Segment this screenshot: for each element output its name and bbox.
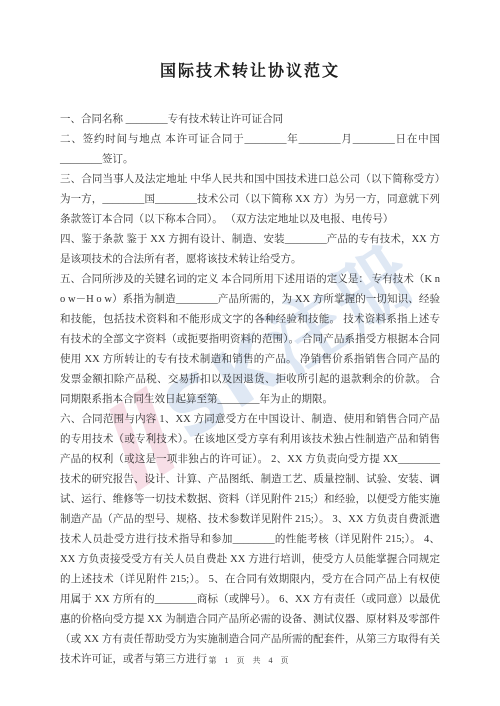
- paragraph-parties-legal-address: 三、合同当事人及法定地址 中华人民共和国中国技术进口总公司（以下简称受方）为一方…: [60, 170, 440, 230]
- page-title: 国际技术转让协议范文: [0, 58, 500, 81]
- paragraph-whereas-clause: 四、鉴于条款 鉴于 XX 方拥有设计、制造、安装________产品的专有技术，…: [60, 230, 440, 270]
- document-page: SK注册 国际技术转让协议范文 一、合同名称 ________专有技术转让许可证…: [0, 0, 500, 706]
- document-body: 一、合同名称 ________专有技术转让许可证合同 二、签约时间与地点 本许可…: [60, 110, 440, 670]
- paragraph-scope-and-content: 六、合同范围与内容 1、XX 方同意受方在中国设计、制造、使用和销售合同产品的专…: [60, 410, 440, 670]
- paragraph-definitions: 五、合同所涉及的关键名词的定义 本合同所用下述用语的定义是： 专有技术（K n …: [60, 270, 440, 410]
- paragraph-signing-time-place: 二、签约时间与地点 本许可证合同于________年________月_____…: [60, 130, 440, 170]
- page-number-footer: 第 1 页 共 4 页: [0, 655, 500, 666]
- paragraph-contract-name: 一、合同名称 ________专有技术转让许可证合同: [60, 110, 440, 130]
